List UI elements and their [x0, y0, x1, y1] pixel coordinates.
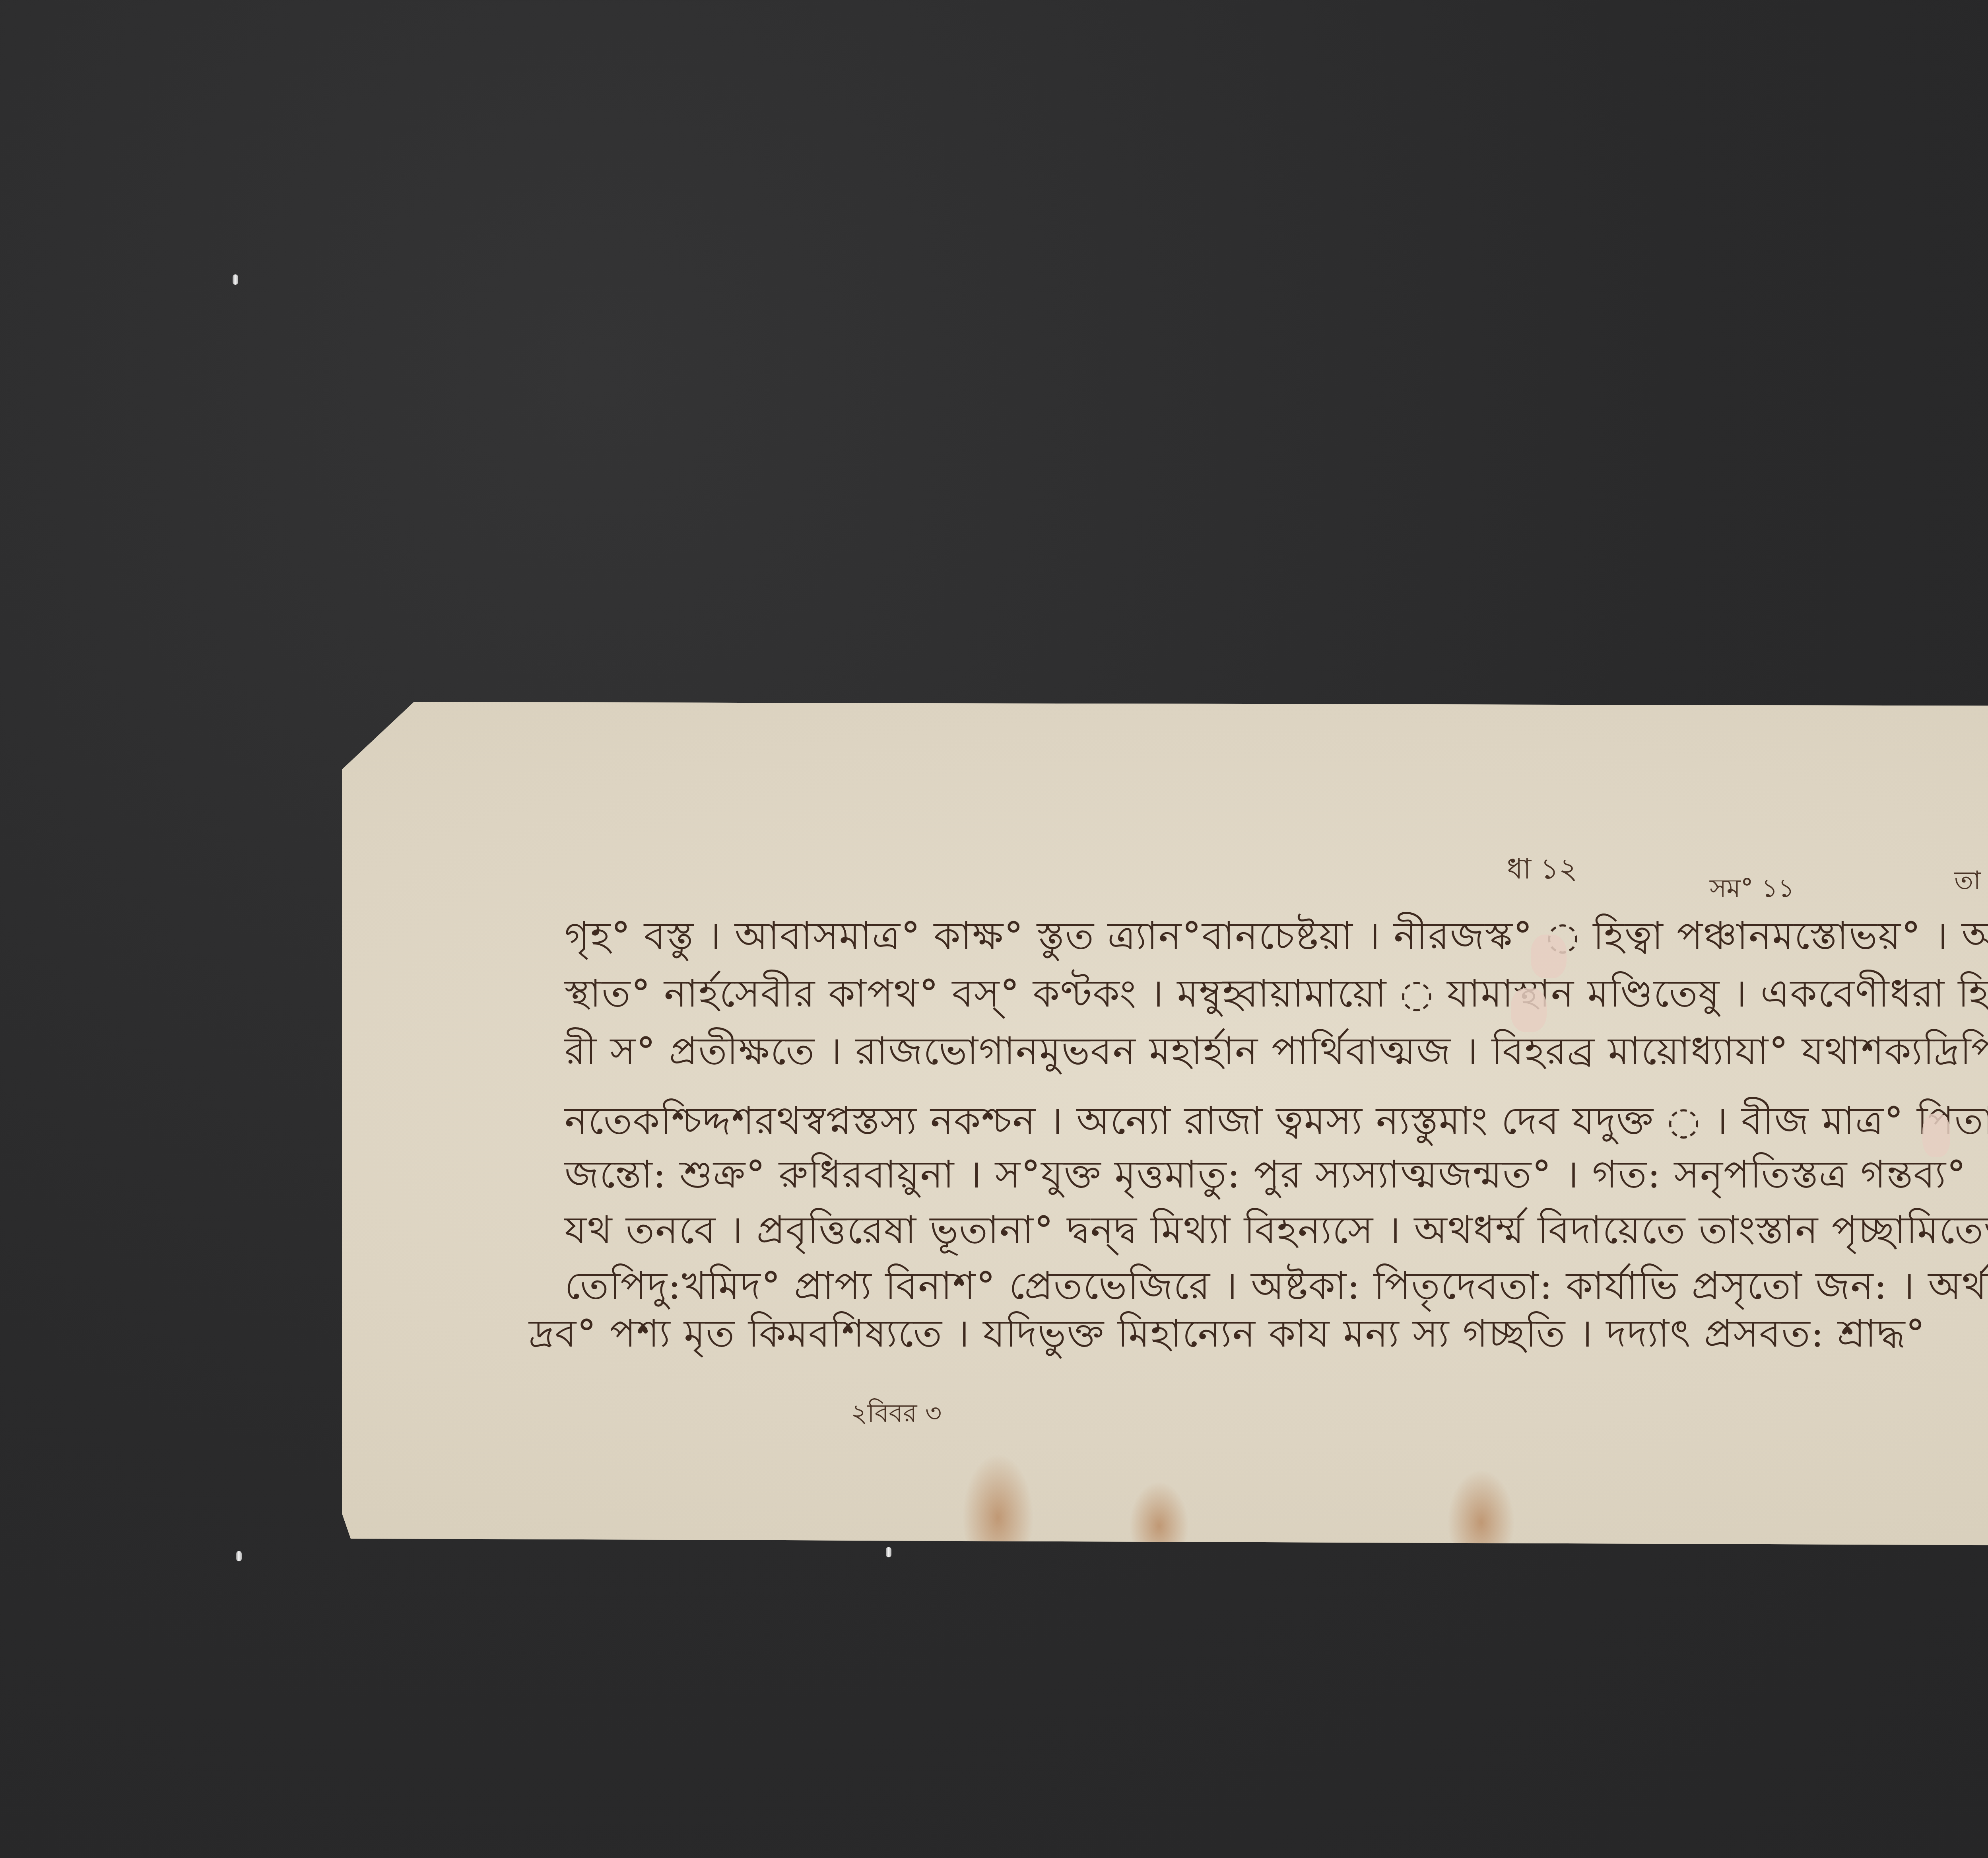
text-line-3: রী স° প্রতীক্ষতে । রাজভোগানমুভবন মহার্হা…	[565, 1032, 1988, 1070]
margin-note-top-right: তা ১৪	[1954, 861, 1988, 904]
text-line-6: যথ তনবে । প্রবৃত্তিরেষা ভূতানা° দ্বন্দ্ব…	[565, 1211, 1988, 1249]
water-stain	[1129, 1481, 1189, 1545]
manuscript-leaf: ধা ১২ সম° ১১ তা ১৪ গৃহ° বস্তু । আবাসমাত্…	[342, 702, 1988, 1547]
water-stain	[962, 1454, 1034, 1545]
paper-hole	[1511, 988, 1547, 1032]
text-line-7: তেপিদু:খমিদ° প্রাপ্য বিনাশ° প্রেতভেজিরে …	[565, 1267, 1988, 1305]
text-line-4: নতেকশ্চিদ্দশরথস্বপ্নস্তস্য নকশ্চন । অন্য…	[565, 1102, 1988, 1140]
text-line-1: গৃহ° বস্তু । আবাসমাত্র° কাক্ষ° স্তুত ত্র…	[565, 917, 1988, 955]
paper-hole	[1922, 1114, 1950, 1157]
mount-pin	[886, 1547, 891, 1557]
mount-pin	[236, 1551, 242, 1561]
margin-note-top-left: ধা ১২	[1507, 847, 1578, 895]
mount-pin	[233, 274, 238, 285]
text-line-2: স্থাত° নার্হসেবীর কাপথ° বস্° কণ্টকং । মম…	[565, 974, 1988, 1013]
text-line-8: দ্রব° পশ্য মৃত কিমবশিষ্যতে । যদিভুক্ত মি…	[529, 1314, 1926, 1353]
text-line-5: জন্তো: শুক্র° রুধিরবায়ুনা । স°যুক্ত মৃত…	[565, 1155, 1967, 1193]
margin-note-bottom: ২বিবর ৩	[851, 1394, 942, 1436]
water-stain	[1447, 1469, 1515, 1545]
paper-hole	[1531, 935, 1567, 978]
margin-note-top-center: সম° ১১	[1710, 869, 1794, 912]
